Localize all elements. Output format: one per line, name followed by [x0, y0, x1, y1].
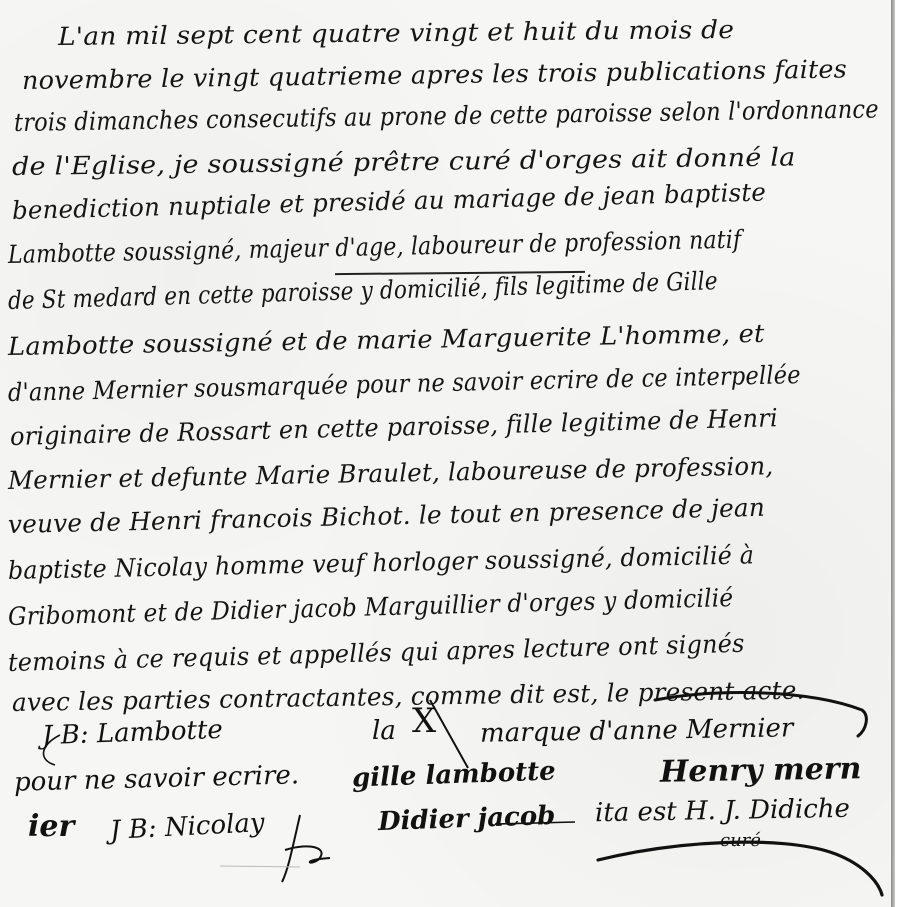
record-line-9: d'anne Mernier sousmarquée pour ne savoi… [8, 360, 801, 408]
signature-groom: J B: Lambotte [42, 715, 224, 751]
signature-priest: ita est H. J. Didiche [595, 794, 850, 828]
signature-bride-note: pour ne savoir ecrire. [14, 760, 300, 797]
signature-bride-mark-text: marque d'anne Mernier [480, 713, 794, 748]
record-line-4: de l'Eglise, je soussigné prêtre curé d'… [12, 142, 796, 182]
signature-bride-prefix: la [372, 716, 396, 746]
signature-father-of-groom: gille lambotte [352, 756, 557, 793]
record-line-8: Lambotte soussigné et de marie Marguerit… [8, 319, 765, 362]
record-line-10: originaire de Rossart en cette paroisse,… [10, 403, 779, 452]
record-line-3: trois dimanches consecutifs au prone de … [14, 94, 879, 138]
signature-priest-title: curé [720, 826, 761, 856]
signature-witness-jacob: Didier jacob [378, 801, 556, 837]
signature-father-of-bride-cont: ier [28, 812, 74, 842]
record-line-15: temoins à ce requis et appellés qui apre… [8, 629, 745, 678]
record-line-14: Gribomont et de Didier jacob Marguillier… [8, 583, 734, 632]
record-line-1: L'an mil sept cent quatre vingt et huit … [58, 15, 734, 52]
signature-father-of-bride: Henry mern [660, 754, 862, 788]
page-margin [895, 0, 900, 907]
record-line-2: novembre le vingt quatrieme apres les tr… [22, 54, 847, 96]
record-line-6: Lambotte soussigné, majeur d'age, labour… [8, 225, 742, 270]
record-line-13: baptiste Nicolay homme veuf horloger sou… [8, 540, 755, 586]
record-line-16: avec les parties contractantes, comme di… [12, 676, 805, 718]
record-line-12: veuve de Henri francois Bichot. le tout … [8, 493, 766, 540]
record-line-5: benediction nuptiale et presidé au maria… [12, 178, 767, 226]
record-line-11: Mernier et defunte Marie Braulet, labour… [8, 451, 774, 496]
signature-witness-nicolay: J B: Nicolay [109, 808, 265, 846]
document-page: L'an mil sept cent quatre vingt et huit … [0, 0, 900, 907]
bride-mark-cross: X [412, 706, 436, 736]
